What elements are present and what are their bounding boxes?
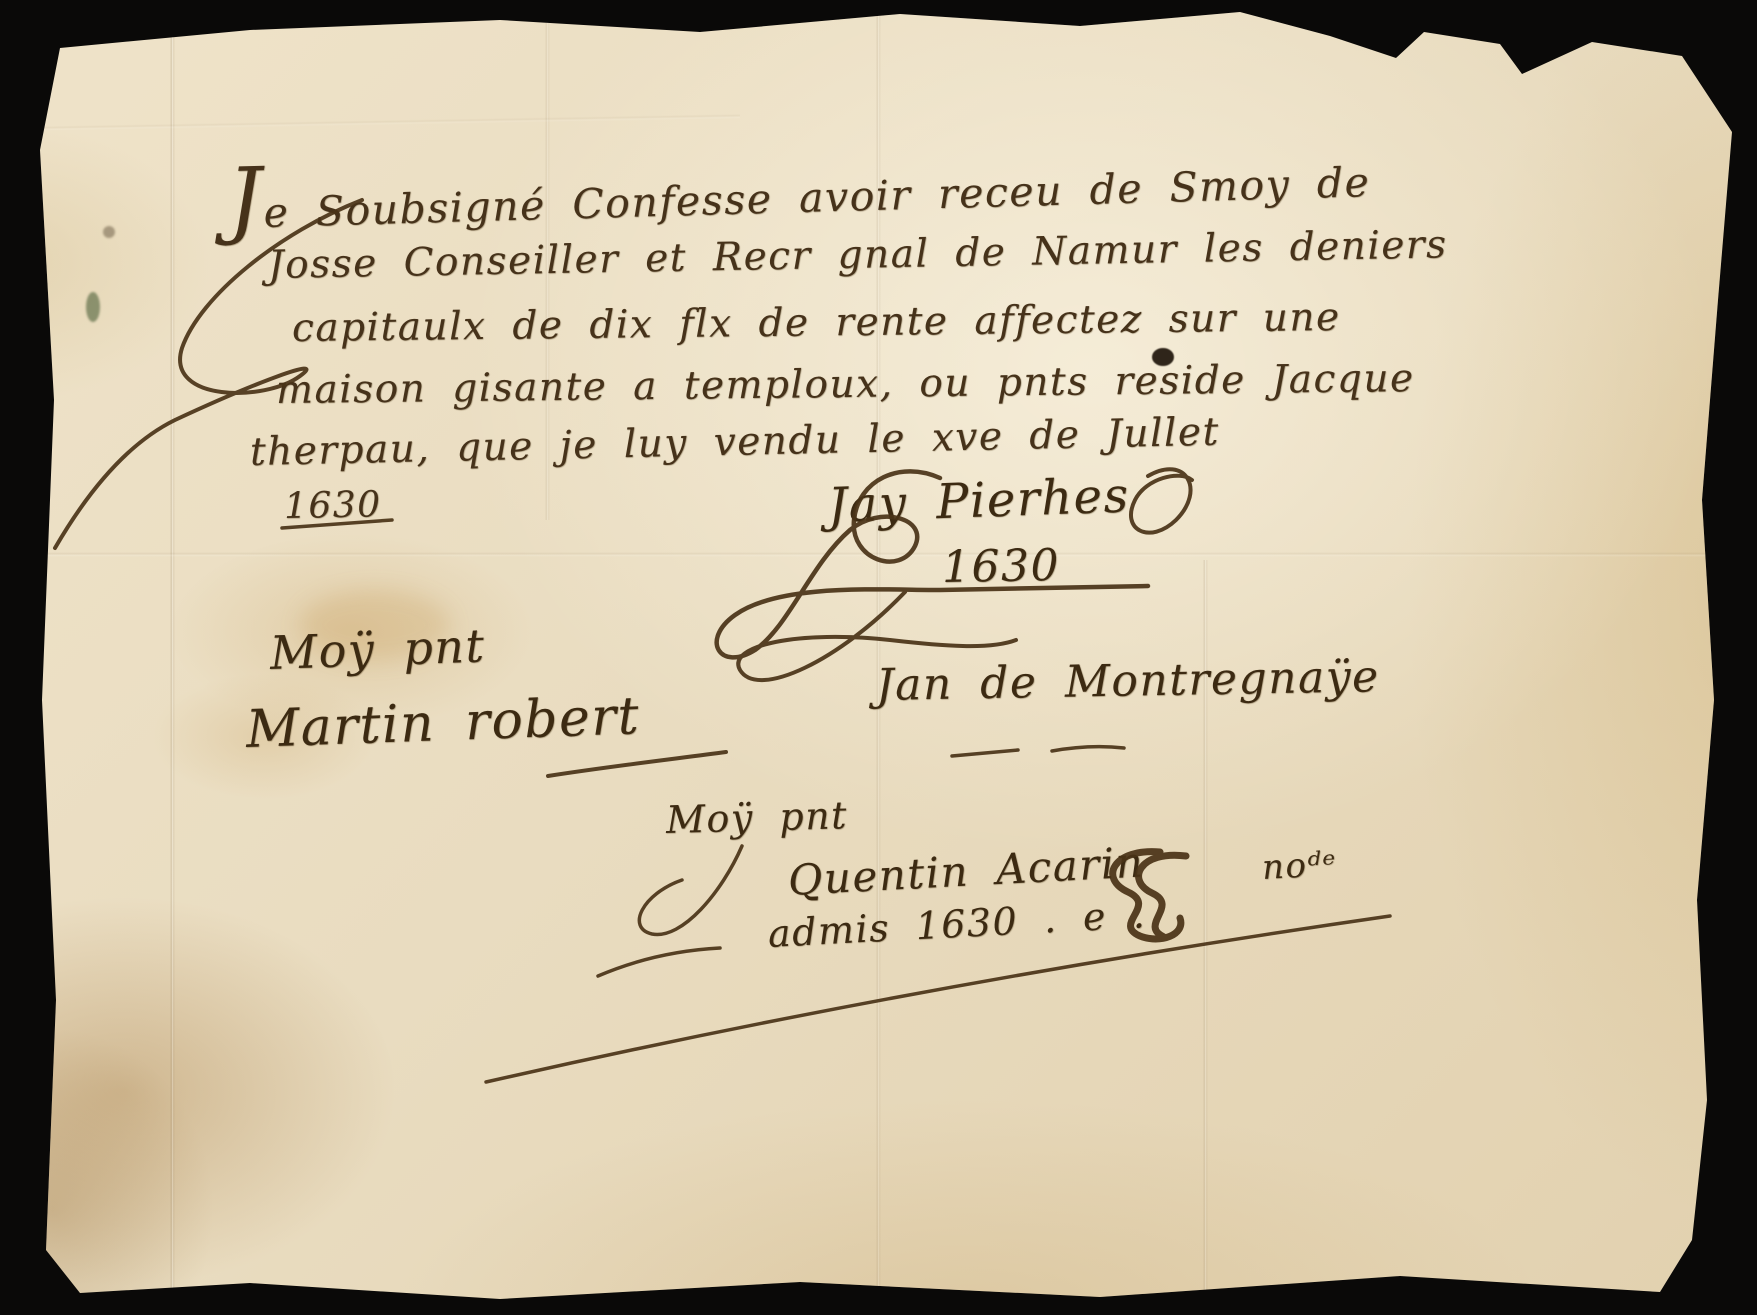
manuscript-paper: Je Soubsigné Confesse avoir receu de Smo… (0, 0, 1757, 1315)
body-line-3: capitaulx de dix flx de rente affectez s… (292, 295, 1341, 351)
scanned-manuscript-stage: Je Soubsigné Confesse avoir receu de Smo… (0, 0, 1757, 1315)
small-speck (103, 226, 115, 238)
horizontal-crease-top (40, 114, 740, 131)
montegnaye-dash-2 (1052, 747, 1124, 751)
green-speck (86, 292, 100, 322)
body-line-4: maison gisante a temploux, ou pnts resid… (276, 356, 1415, 413)
moy-pnt-flourish (639, 846, 742, 935)
vertical-fold-left (170, 0, 175, 1315)
body-line-5: therpau, que je luy vendu le xve de Jull… (250, 410, 1221, 475)
body-year: 1630 (284, 484, 382, 527)
signature-pierhes-year: 1630 (942, 540, 1061, 593)
notary-prefix: Moÿ pnt (665, 793, 848, 842)
signature-montegnaye-name: Jan de Montregnaÿe (876, 651, 1380, 711)
montegnaye-dash-1 (952, 750, 1018, 756)
witness-left-prefix: Moÿ pnt (269, 618, 486, 679)
signature-pierhes-name: Jay Pierhes (827, 467, 1130, 533)
horizontal-fold (40, 552, 1720, 557)
robert-underline (548, 752, 726, 776)
notary-title-abbrev: noᵈᵉ (1261, 844, 1338, 888)
admis-stroke (598, 948, 720, 976)
witness-left-name: Martin robert (245, 686, 641, 760)
pierhes-end-loop (1131, 469, 1192, 532)
